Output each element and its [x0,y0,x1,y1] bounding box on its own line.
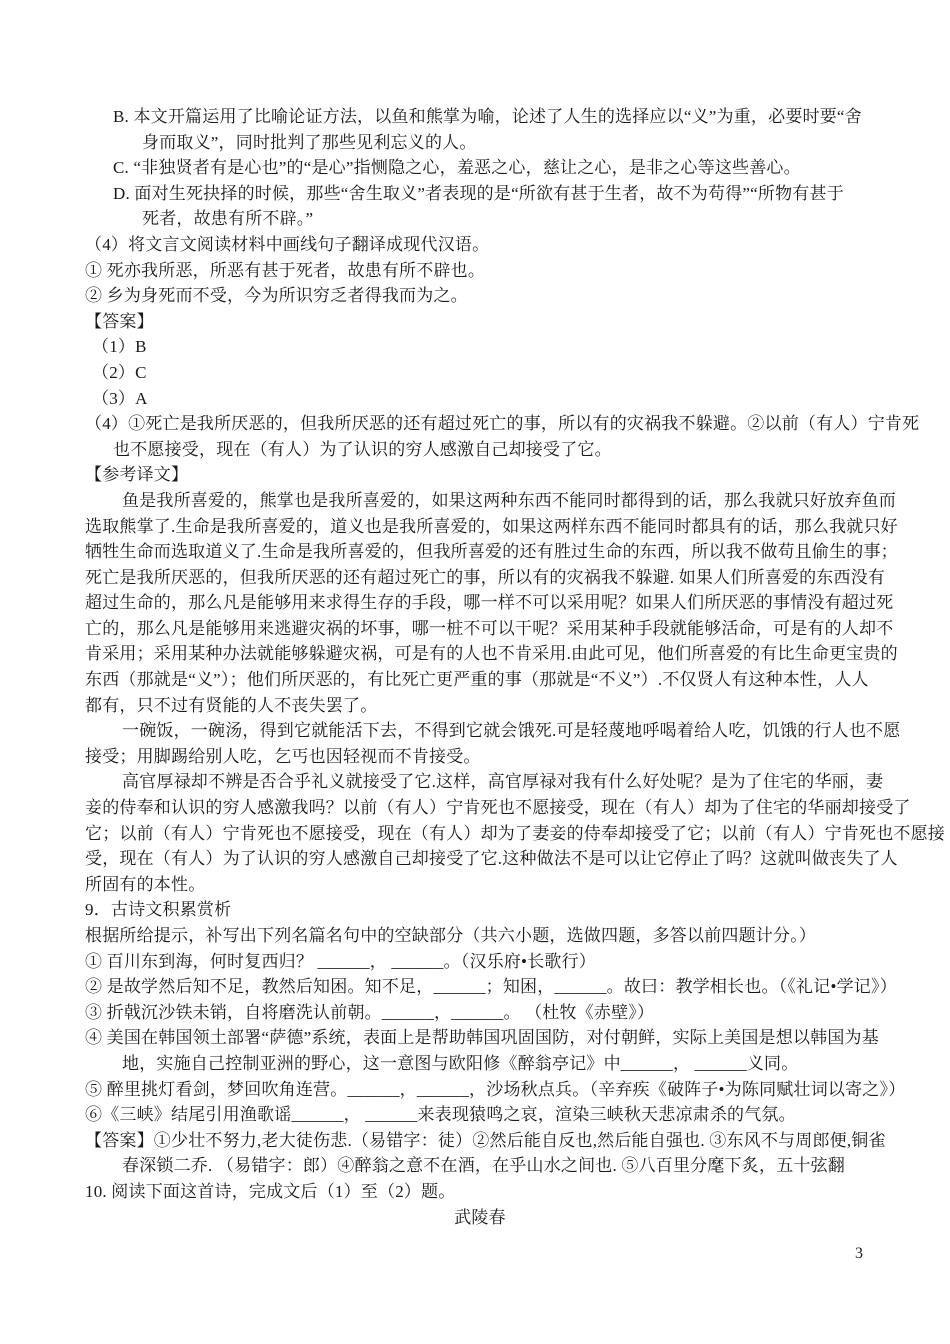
document-body: B. 本文开篇运用了比喻论证方法，以鱼和熊掌为喻，论述了人生的选择应以“义”为重… [85,104,875,1230]
text-line: 根据所给提示，补写出下列名篇名句中的空缺部分（共六小题，选做四题，多答以前四题计… [85,923,875,949]
document-page: B. 本文开篇运用了比喻论证方法，以鱼和熊掌为喻，论述了人生的选择应以“义”为重… [0,0,950,1344]
text-line: 受，现在（有人）为了认识的穷人感激自己却接受了它.这种做法不是可以让它停止了吗？… [85,846,875,872]
text-line: 牺牲生命而选取道义了.生命是我所喜爱的，但我所喜爱的还有胜过生命的东西，所以我不… [85,539,875,565]
text-line: （3）A [92,386,875,412]
text-line: 所固有的本性。 [85,872,875,898]
text-line: 死者，故患有所不辟。” [142,206,875,232]
text-line: ② 是故学然后知不足，教然后知困。知不足，______；知困，______。故曰… [85,974,875,1000]
text-line: 一碗饭，一碗汤，得到它就能活下去，不得到它就会饿死.可是轻蔑地呼喝着给人吃，饥饿… [122,718,875,744]
text-line: （4）将文言文阅读材料中画线句子翻译成现代汉语。 [85,232,875,258]
text-line: （2）C [92,360,875,386]
text-line: 【答案】 [85,309,875,335]
text-line: （4）①死亡是我所厌恶的，但我所厌恶的还有超过死亡的事，所以有的灾祸我不躲避。②… [85,411,875,437]
text-line: ③ 折戟沉沙铁未销，自将磨洗认前朝。______，______。 （杜牧《赤壁》… [85,1000,875,1026]
text-line: 10. 阅读下面这首诗，完成文后（1）至（2）题。 [85,1179,875,1205]
text-line: ⑥《三峡》结尾引用渔歌谣______， ______来表现猿鸣之哀，渲染三峡秋天… [85,1102,875,1128]
text-line: ② 乡为身死而不受，今为所识穷乏者得我而为之。 [85,283,875,309]
text-line: 选取熊掌了.生命是我所喜爱的，道义也是我所喜爱的，如果这两样东西不能同时都具有的… [85,514,875,540]
text-line: 亡的，那么凡是能够用来逃避灾祸的坏事，哪一桩不可以干呢？采用某种手段就能够活命，… [85,616,875,642]
text-line: 春深锁二乔. （易错字：郎）④醉翁之意不在酒，在乎山水之间也. ⑤八百里分麾下炙… [122,1153,875,1179]
text-line: 妾的侍奉和认识的穷人感激我吗？以前（有人）宁肯死也不愿接受，现在（有人）却为了住… [85,795,875,821]
text-line: （1）B [92,334,875,360]
text-line: ④ 美国在韩国领土部署“萨德”系统，表面上是帮助韩国巩固国防，对付朝鲜，实际上美… [85,1025,875,1051]
text-line: 【参考译文】 [85,462,875,488]
text-line: 武陵春 [85,1205,875,1231]
text-line: 都有，只不过有贤能的人不丧失罢了。 [85,693,875,719]
text-line: 地，实施自己控制亚洲的野心，这一意图与欧阳修《醉翁亭记》中______， ___… [122,1051,875,1077]
text-line: D. 面对生死抉择的时候，那些“舍生取义”者表现的是“所欲有甚于生者，故不为苟得… [113,181,875,207]
text-line: 超过生命的，那么凡是能够用来求得生存的手段，哪一样不可以采用呢？如果人们所厌恶的… [85,590,875,616]
text-line: 鱼是我所喜爱的，熊掌也是我所喜爱的，如果这两种东西不能同时都得到的话，那么我就只… [122,488,875,514]
text-line: 【答案】①少壮不努力,老大徒伤悲.（易错字：徒）②然后能自反也,然后能自强也. … [85,1128,875,1154]
page-number: 3 [855,1245,863,1263]
text-line: 也不愿接受，现在（有人）为了认识的穷人感激自己却接受了它。 [113,437,875,463]
text-line: ① 死亦我所恶，所恶有甚于死者，故患有所不辟也。 [85,258,875,284]
text-line: 高官厚禄却不辨是否合乎礼义就接受了它.这样，高官厚禄对我有什么好处呢？是为了住宅… [122,769,875,795]
text-line: 肯采用；采用某种办法就能够躲避灾祸，可是有的人也不肯采用.由此可见，他们所喜爱的… [85,641,875,667]
text-line: 身而取义”，同时批判了那些见利忘义的人。 [142,130,875,156]
text-line: 东西（那就是“义”）；他们所厌恶的，有比死亡更严重的事（那就是“不义”）.不仅贤… [85,667,875,693]
text-line: 9．古诗文积累赏析 [85,897,875,923]
text-line: C. “非独贤者有是心也”的“是心”指恻隐之心，羞恶之心，慈让之心，是非之心等这… [113,155,875,181]
text-line: ⑤ 醉里挑灯看剑，梦回吹角连营。______，______，沙场秋点兵。（辛弃疾… [85,1077,875,1103]
text-line: 它；以前（有人）宁肯死也不愿接受，现在（有人）却为了妻妾的侍奉却接受了它；以前（… [85,821,875,847]
text-line: 死亡是我所厌恶的，但我所厌恶的还有超过死亡的事，所以有的灾祸我不躲避. 如果人们… [85,565,875,591]
text-line: 接受；用脚踢给别人吃，乞丐也因轻视而不肯接受。 [85,744,875,770]
text-line: ① 百川东到海，何时复西归？ ______， ______。（汉乐府•长歌行） [85,949,875,975]
text-line: B. 本文开篇运用了比喻论证方法，以鱼和熊掌为喻，论述了人生的选择应以“义”为重… [113,104,875,130]
